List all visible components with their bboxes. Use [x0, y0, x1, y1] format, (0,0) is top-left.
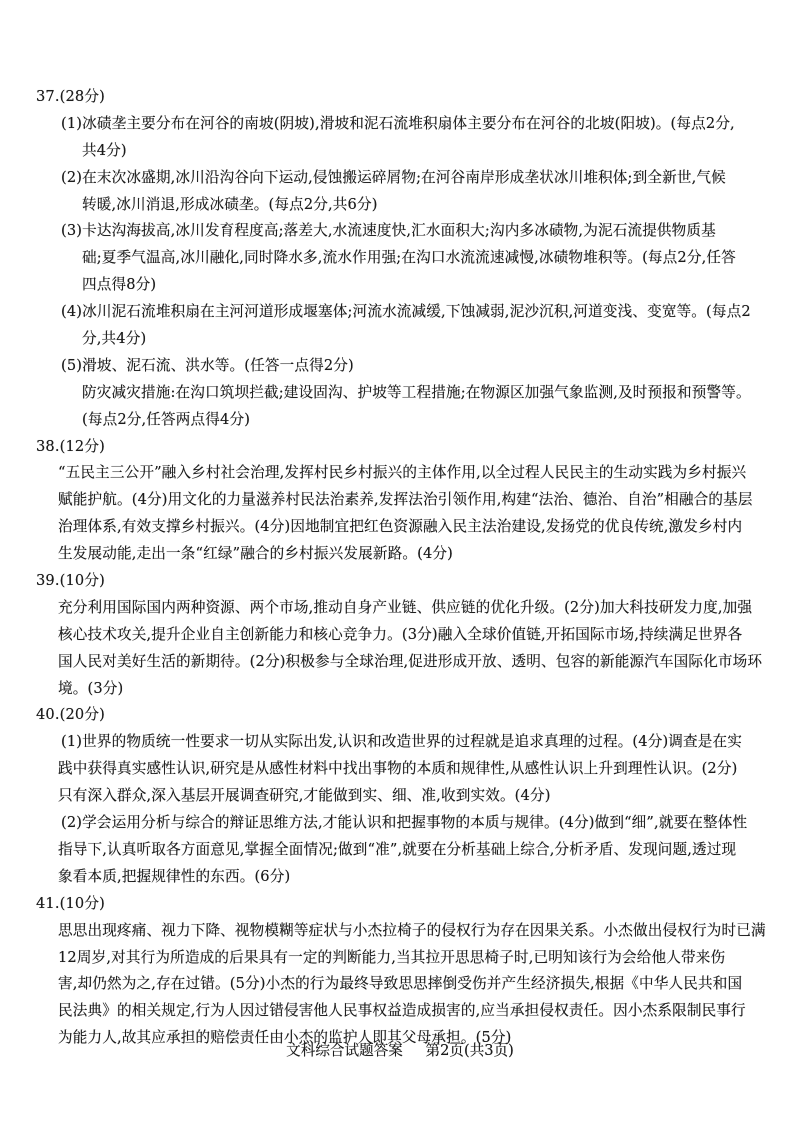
question-number: 38.(12分) [0, 434, 800, 461]
answer-line: “五民主三公开”融入乡村社会治理,发挥村民乡村振兴的主体作用,以全过程人民民主的… [0, 460, 800, 487]
sub-answer-line: 象看本质,把握规律性的东西。(6分) [0, 864, 800, 891]
question-number: 40.(20分) [0, 702, 800, 729]
sub-answer-line: 转暖,冰川消退,形成冰碛垄。(每点2分,共6分) [0, 192, 800, 219]
answer-line: 核心技术攻关,提升企业自主创新能力和核心竞争力。(3分)融入全球价值链,开拓国际… [0, 622, 800, 649]
answer-line: 民法典》的相关规定,行为人因过错侵害他人民事权益造成损害的,应当承担侵权责任。因… [0, 998, 800, 1025]
sub-answer-line: (4)冰川泥石流堆积扇在主河河道形成堰塞体;河流水流减缓,下蚀减弱,泥沙沉积,河… [0, 299, 800, 326]
question-38: 38.(12分) “五民主三公开”融入乡村社会治理,发挥村民乡村振兴的主体作用,… [0, 434, 800, 568]
question-39: 39.(10分) 充分利用国际国内两种资源、两个市场,推动自身产业链、供应链的优… [0, 568, 800, 702]
question-41: 41.(10分) 思思出现疼痛、视力下降、视物模糊等症状与小杰拉椅子的侵权行为存… [0, 891, 800, 1052]
question-number: 39.(10分) [0, 568, 800, 595]
sub-answer-line: (3)卡达沟海拔高,冰川发育程度高;落差大,水流速度快,汇水面积大;沟内多冰碛物… [0, 218, 800, 245]
sub-answer-line: (2)学会运用分析与综合的辩证思维方法,才能认识和把握事物的本质与规律。(4分)… [0, 810, 800, 837]
sub-answer-line: (1)世界的物质统一性要求一切从实际出发,认识和改造世界的过程就是追求真理的过程… [0, 729, 800, 756]
sub-answer-line: 四点得8分) [0, 272, 800, 299]
sub-answer-line: 分,共4分) [0, 326, 800, 353]
sub-answer-line: 础;夏季气温高,冰川融化,同时降水多,流水作用强;在沟口水流流速减慢,冰碛物堆积… [0, 245, 800, 272]
answer-line: 境。(3分) [0, 676, 800, 703]
sub-answer-line: (2)在末次冰盛期,冰川沿沟谷向下运动,侵蚀搬运碎屑物;在河谷南岸形成垄状冰川堆… [0, 165, 800, 192]
sub-answer-line: (1)冰碛垄主要分布在河谷的南坡(阴坡),滑坡和泥石流堆积扇体主要分布在河谷的北… [0, 111, 800, 138]
answer-line: 害,却仍然为之,存在过错。(5分)小杰的行为最终导致思思摔倒受伤并产生经济损失,… [0, 971, 800, 998]
answer-line: 充分利用国际国内两种资源、两个市场,推动自身产业链、供应链的优化升级。(2分)加… [0, 595, 800, 622]
answer-line: 12周岁,对其行为所造成的后果具有一定的判断能力,当其拉开思思椅子时,已明知该行… [0, 945, 800, 972]
sub-answer-line: 只有深入群众,深入基层开展调查研究,才能做到实、细、准,收到实效。(4分) [0, 783, 800, 810]
page-footer: 文科综合试题答案 第2页(共3页) [0, 1040, 800, 1062]
question-37: 37.(28分) (1)冰碛垄主要分布在河谷的南坡(阴坡),滑坡和泥石流堆积扇体… [0, 84, 800, 434]
footer-title: 文科综合试题答案 [286, 1042, 403, 1059]
page-number: 第2页(共3页) [426, 1042, 514, 1059]
sub-answer-line: 防灾减灾措施:在沟口筑坝拦截;建设固沟、护坡等工程措施;在物源区加强气象监测,及… [0, 380, 800, 407]
question-number: 37.(28分) [0, 84, 800, 111]
question-number: 41.(10分) [0, 891, 800, 918]
sub-answer-line: (每点2分,任答两点得4分) [0, 407, 800, 434]
question-40: 40.(20分) (1)世界的物质统一性要求一切从实际出发,认识和改造世界的过程… [0, 702, 800, 890]
sub-answer-line: 践中获得真实感性认识,研究是从感性材料中找出事物的本质和规律性,从感性认识上升到… [0, 756, 800, 783]
answer-line: 生发展动能,走出一条“红绿”融合的乡村振兴发展新路。(4分) [0, 541, 800, 568]
sub-answer-line: 共4分) [0, 138, 800, 165]
answer-line: 思思出现疼痛、视力下降、视物模糊等症状与小杰拉椅子的侵权行为存在因果关系。小杰做… [0, 918, 800, 945]
answer-line: 赋能护航。(4分)用文化的力量滋养村民法治素养,发挥法治引领作用,构建“法治、德… [0, 487, 800, 514]
answer-line: 国人民对美好生活的新期待。(2分)积极参与全球治理,促进形成开放、透明、包容的新… [0, 649, 800, 676]
sub-answer-line: 指导下,认真听取各方面意见,掌握全面情况;做到“准”,就要在分析基础上综合,分析… [0, 837, 800, 864]
answer-page: 37.(28分) (1)冰碛垄主要分布在河谷的南坡(阴坡),滑坡和泥石流堆积扇体… [0, 84, 800, 1052]
answer-line: 治理体系,有效支撑乡村振兴。(4分)因地制宜把红色资源融入民主法治建设,发扬党的… [0, 514, 800, 541]
sub-answer-line: (5)滑坡、泥石流、洪水等。(任答一点得2分) [0, 353, 800, 380]
